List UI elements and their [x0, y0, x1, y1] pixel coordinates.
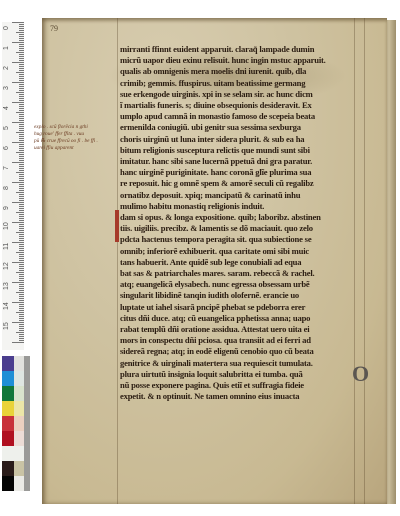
text-line: mors in conspectu dñi pciosa. qua transi…: [120, 335, 382, 346]
ruler-tick: [19, 134, 24, 135]
text-line: sue erkengode uirginis. xpi in se selam …: [120, 89, 382, 100]
ruler-tick: [19, 200, 24, 201]
text-line: plura uirtutũ insignia loquit salubritta…: [120, 369, 382, 380]
ruler-label: 11: [3, 243, 10, 250]
ruler-tick: [19, 224, 24, 225]
ruler-tick: [19, 264, 24, 265]
ruler-tick: [19, 246, 24, 247]
ruler-tick: [19, 328, 24, 329]
ruler-tick: [16, 192, 24, 193]
ruler-tick: [19, 36, 24, 37]
ruler-tick: [12, 282, 24, 283]
ruler-tick: [19, 260, 24, 261]
ruler-tick: [12, 82, 24, 83]
ruler-tick: [19, 290, 24, 291]
ruler-label: 3: [3, 86, 10, 90]
folio-number: 79: [50, 24, 58, 33]
ruler-tick: [19, 90, 24, 91]
color-patch: [2, 476, 14, 491]
ruler-tick: [19, 226, 24, 227]
ruler-tick: [16, 52, 24, 53]
text-line: luptate ut iahel sisarã pncipẽ phebat se…: [120, 302, 382, 313]
ruler-tick: [19, 270, 24, 271]
gray-patch: [14, 356, 24, 371]
gray-patch: [14, 446, 24, 461]
ruler-tick: [19, 336, 24, 337]
ruler-tick: [19, 196, 24, 197]
ruler-tick: [19, 268, 24, 269]
ruler-tick: [19, 44, 24, 45]
ruler-tick: [19, 318, 24, 319]
ruler-tick: [19, 258, 24, 259]
ruler-tick: [12, 242, 24, 243]
ruler-tick: [19, 140, 24, 141]
ruler-tick: [16, 72, 24, 73]
ruler-tick: [19, 168, 24, 169]
ruler-label: 12: [3, 262, 10, 270]
ruler-tick: [19, 266, 24, 267]
ruler-tick: [16, 152, 24, 153]
ruler-tick: [16, 132, 24, 133]
ruler-tick: [19, 280, 24, 281]
ruler-label: 2: [3, 66, 10, 70]
text-line: micrũ uapor dieu exinu relisuit. hunc in…: [120, 55, 382, 66]
ruler-tick: [19, 174, 24, 175]
ruler-label: 10: [3, 222, 10, 230]
ruler-tick: [19, 220, 24, 221]
patch-label-strip: [24, 431, 30, 446]
ruler-tick: [19, 138, 24, 139]
text-line: omnib; inferiorẽ exhibuerit. qua caritat…: [120, 246, 382, 257]
color-patch-row: [2, 476, 30, 491]
ruler-tick: [19, 300, 24, 301]
ruler-label: 14: [3, 302, 10, 310]
ruler-tick: [19, 214, 24, 215]
ruler-tick: [12, 202, 24, 203]
ruler-tick: [16, 212, 24, 213]
ruler-tick: [19, 216, 24, 217]
ruler-tick: [19, 86, 24, 87]
ruler-tick: [19, 304, 24, 305]
ruler-tick: [16, 32, 24, 33]
ruler-tick: [19, 34, 24, 35]
ruler-tick: [19, 316, 24, 317]
ruler-tick: [12, 302, 24, 303]
color-patch: [2, 461, 14, 476]
ruler-tick: [12, 42, 24, 43]
ruler-tick: [16, 312, 24, 313]
ruler-tick: [19, 166, 24, 167]
ruler-tick: [12, 322, 24, 323]
ruler-tick: [12, 342, 24, 343]
marginal-note-line: uarei ffiu apparent: [34, 145, 112, 152]
gray-patch: [14, 476, 24, 491]
text-line: mirranti ffinnt euident apparuit. claraq…: [120, 44, 382, 55]
ruler-tick: [19, 26, 24, 27]
ruler-tick: [16, 292, 24, 293]
ruler-tick: [19, 294, 24, 295]
ruler-tick: [19, 276, 24, 277]
ruler-tick: [19, 188, 24, 189]
ruler-tick: [19, 24, 24, 25]
ruler-tick: [12, 62, 24, 63]
gray-patch: [14, 386, 24, 401]
gray-patch: [14, 401, 24, 416]
ruler-tick: [19, 38, 24, 39]
text-line: mulimo habitu monastiq religionis induit…: [120, 201, 382, 212]
ruler-tick: [19, 46, 24, 47]
ruler-tick: [19, 124, 24, 125]
ruler-label: 4: [3, 106, 10, 110]
ruler-tick: [19, 146, 24, 147]
patch-label-strip: [24, 386, 30, 401]
text-line: rabat templũ dñi oratione assidua. Attes…: [120, 324, 382, 335]
patch-label-strip: [24, 476, 30, 491]
ruler-tick: [19, 100, 24, 101]
text-line: qualis ab omnigenis mera moelis dni iure…: [120, 66, 382, 77]
color-patch-row: [2, 386, 30, 401]
ruler-tick: [19, 128, 24, 129]
manuscript-folio: 79 explo . scũ florẽcia n gthihug roue' …: [42, 18, 387, 504]
text-line: tans habuerit. Ante quidẽ sub lege conub…: [120, 257, 382, 268]
ruler-tick: [12, 22, 24, 23]
ruler-label: 13: [3, 282, 10, 290]
ruler-tick: [19, 210, 24, 211]
ruler-tick: [19, 176, 24, 177]
color-patch-row: [2, 356, 30, 371]
ruler-tick: [19, 58, 24, 59]
text-line: re reposuit. hic g omnẽ spem & amorẽ sec…: [120, 178, 382, 189]
ruler-tick: [12, 262, 24, 263]
ruler-tick: [19, 338, 24, 339]
ruler-tick: [19, 284, 24, 285]
ruler-tick: [19, 74, 24, 75]
patch-label-strip: [24, 416, 30, 431]
text-line: umplo apud camnã in monastio famoso de s…: [120, 111, 382, 122]
ruler-tick: [19, 206, 24, 207]
marginal-note-line: hug roue' ffer ffita . vuu: [34, 131, 112, 138]
color-patch: [2, 356, 14, 371]
gray-patch: [14, 461, 24, 476]
ruler-tick: [16, 272, 24, 273]
ruler-tick: [19, 248, 24, 249]
ruler-tick: [19, 288, 24, 289]
measurement-ruler: 0123456789101112131415: [2, 22, 24, 350]
ruler-tick: [19, 164, 24, 165]
ruler-tick: [19, 194, 24, 195]
ruler-tick: [16, 112, 24, 113]
ruler-tick: [19, 324, 24, 325]
ruler-tick: [19, 250, 24, 251]
color-patch: [2, 401, 14, 416]
ruler-tick: [19, 286, 24, 287]
ruler-tick: [12, 102, 24, 103]
text-line: hanc uirginẽ puriginitate. hanc coronã g…: [120, 167, 382, 178]
ruler-tick: [19, 330, 24, 331]
ruler-tick: [19, 296, 24, 297]
ruler-tick: [19, 106, 24, 107]
ruler-tick: [19, 314, 24, 315]
text-line: citus dñi duce. atq; cũ euangelica pphet…: [120, 313, 382, 324]
text-line: bitum religionis susceptura relictis que…: [120, 145, 382, 156]
ruler-label: 9: [3, 206, 10, 210]
ruler-tick: [19, 254, 24, 255]
ruler-tick: [12, 162, 24, 163]
ruler-tick: [19, 68, 24, 69]
color-patch-row: [2, 461, 30, 476]
ruler-tick: [19, 156, 24, 157]
text-line: imitatur. hanc sibi sane lucernã ppetuã …: [120, 156, 382, 167]
ruler-tick: [19, 240, 24, 241]
ruler-tick: [19, 306, 24, 307]
ruler-tick: [19, 310, 24, 311]
text-line: tiis. uigiliis. precibz. & lamentis se d…: [120, 223, 382, 234]
ruler-tick: [19, 116, 24, 117]
text-line: dam si opus. & longa expositione. quib; …: [120, 212, 382, 223]
ruler-tick: [16, 252, 24, 253]
ruler-tick: [19, 64, 24, 65]
ruler-label: 0: [3, 26, 10, 30]
color-patch: [2, 371, 14, 386]
ruler-tick: [19, 298, 24, 299]
ruler-tick: [19, 190, 24, 191]
marginal-note-line: pū ℞ crue ffrecũ oo fi . be ffi .: [34, 138, 112, 145]
ruler-tick: [19, 136, 24, 137]
ruler-label: 1: [3, 46, 10, 50]
color-patch: [2, 386, 14, 401]
ruler-tick: [16, 92, 24, 93]
text-column: mirranti ffinnt euident apparuit. claraq…: [120, 44, 382, 403]
text-line: crimib; gemmis. ffuspirus. uitam beatiss…: [120, 78, 382, 89]
ruler-tick: [19, 126, 24, 127]
ruler-tick: [12, 142, 24, 143]
ruler-tick: [19, 66, 24, 67]
text-line: pdcta hactenus tempora peragita sit. qua…: [120, 234, 382, 245]
ruler-tick: [19, 50, 24, 51]
ruler-tick: [19, 184, 24, 185]
ruler-tick: [12, 122, 24, 123]
text-line: ermenilda coniugiũ. ubi genitr sua sessi…: [120, 122, 382, 133]
ruler-tick: [19, 160, 24, 161]
ruler-tick: [19, 178, 24, 179]
ruler-tick: [19, 60, 24, 61]
ruler-tick: [19, 94, 24, 95]
ruler-tick: [19, 256, 24, 257]
ruler-tick: [19, 114, 24, 115]
ruler-tick: [19, 70, 24, 71]
ruler-tick: [19, 130, 24, 131]
patch-label-strip: [24, 401, 30, 416]
gray-patch: [14, 416, 24, 431]
ruler-tick: [16, 332, 24, 333]
marginal-note: explo . scũ florẽcia n gthihug roue' ffe…: [34, 124, 112, 152]
text-line: nũ posse exponere pagina. Quis etiĩ et s…: [120, 380, 382, 391]
ruler-tick: [19, 48, 24, 49]
ruler-tick: [19, 110, 24, 111]
marginal-note-line: explo . scũ florẽcia n gthi: [34, 124, 112, 131]
ruler-tick: [19, 98, 24, 99]
ruler-tick: [19, 204, 24, 205]
ruler-tick: [19, 228, 24, 229]
ruler-tick: [19, 198, 24, 199]
text-line: expetit. & n optinuit. Ne tamen omnino e…: [120, 391, 382, 402]
ruler-tick: [19, 208, 24, 209]
color-patch-row: [2, 431, 30, 446]
ruler-tick: [19, 56, 24, 57]
ruler-label: 6: [3, 146, 10, 150]
bleed-through-initial: O: [352, 361, 369, 387]
ruler-tick: [19, 84, 24, 85]
color-patch-row: [2, 371, 30, 386]
ruler-tick: [19, 88, 24, 89]
ruler-tick: [19, 80, 24, 81]
ruler-tick: [19, 154, 24, 155]
ruler-tick: [19, 230, 24, 231]
ruler-tick: [19, 30, 24, 31]
text-line: bat sas & patriarchales mares. saram. re…: [120, 268, 382, 279]
ruler-tick: [19, 236, 24, 237]
text-line: atq; euangelicã elysabech. nunc egressa …: [120, 279, 382, 290]
patch-label-strip: [24, 371, 30, 386]
patch-label-strip: [24, 356, 30, 371]
ruler-tick: [19, 104, 24, 105]
ruler-tick: [19, 186, 24, 187]
color-patch-row: [2, 446, 30, 461]
ruler-tick: [19, 234, 24, 235]
ruler-tick: [19, 340, 24, 341]
ruler-tick: [19, 40, 24, 41]
red-initial: [115, 210, 119, 242]
gray-patch: [14, 431, 24, 446]
ruler-tick: [19, 150, 24, 151]
ruler-label: 15: [3, 322, 10, 330]
ruler-tick: [19, 278, 24, 279]
ruler-tick: [19, 238, 24, 239]
ruler-tick: [19, 108, 24, 109]
ruler-tick: [19, 308, 24, 309]
ruler-tick: [19, 326, 24, 327]
ruler-tick: [19, 54, 24, 55]
ruler-tick: [19, 320, 24, 321]
color-patch: [2, 446, 14, 461]
ruler-tick: [19, 144, 24, 145]
text-line: sidereã regna; atq; in eodẽ eligenũ ceno…: [120, 346, 382, 357]
ruler-tick: [16, 172, 24, 173]
ruler-label: 8: [3, 186, 10, 190]
ruler-tick: [19, 118, 24, 119]
ruler-tick: [19, 334, 24, 335]
ruler-tick: [19, 244, 24, 245]
color-patch: [2, 431, 14, 446]
text-line: genitrice & uirginali matertera sua requ…: [120, 358, 382, 369]
ruler-tick: [19, 158, 24, 159]
ruler-tick: [19, 274, 24, 275]
ruler-tick: [19, 96, 24, 97]
ruler-tick: [19, 218, 24, 219]
text-line: singularit libidinẽ tanqin iudith olofer…: [120, 290, 382, 301]
ruler-tick: [19, 180, 24, 181]
ruler-tick: [19, 148, 24, 149]
patch-label-strip: [24, 446, 30, 461]
patch-label-strip: [24, 461, 30, 476]
color-patch: [2, 416, 14, 431]
ruler-tick: [19, 78, 24, 79]
ruler-tick: [16, 232, 24, 233]
text-line: ĩ martialis funeris. s; diuine obsequion…: [120, 100, 382, 111]
ruling-line: [117, 18, 118, 504]
ruler-tick: [19, 170, 24, 171]
ruler-tick: [19, 120, 24, 121]
ruler-tick: [12, 222, 24, 223]
gray-patch: [14, 371, 24, 386]
ruler-label: 7: [3, 166, 10, 170]
text-line: ornatibz deposuit. xpiq; mancipatũ & car…: [120, 190, 382, 201]
ruler-tick: [19, 28, 24, 29]
color-calibration-strip: [2, 356, 30, 491]
ruler-tick: [19, 76, 24, 77]
color-patch-row: [2, 416, 30, 431]
text-line: choris uirginũ ut luna inter sidera plur…: [120, 134, 382, 145]
ruler-tick: [12, 182, 24, 183]
color-patch-row: [2, 401, 30, 416]
ruler-label: 5: [3, 126, 10, 130]
